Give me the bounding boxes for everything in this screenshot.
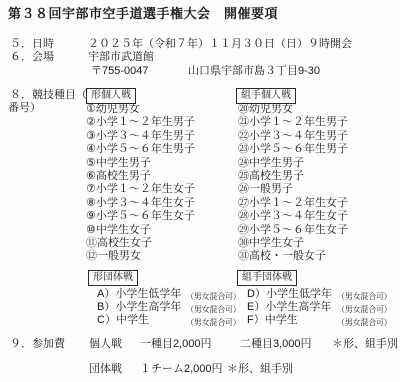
fee-individual-price-second: 二種目3,000円 xyxy=(240,338,312,351)
events-section-label-line2: 番号） xyxy=(8,102,41,115)
list-item: ⑥高校生男子 xyxy=(86,170,195,183)
kumite-team-item-label: D）小学生低学年 xyxy=(247,288,332,301)
kumite-individual-header: 組手個人戦 xyxy=(236,88,296,104)
kata-individual-header: 形個人戦 xyxy=(86,88,136,104)
datetime-label: 日時 xyxy=(32,38,54,50)
fee-individual-note: ＊形、組手別 xyxy=(332,338,398,351)
fee-individual-price-first: 一種目2,000円 xyxy=(140,338,212,351)
list-item: ㉕高校生男子 xyxy=(238,170,348,183)
list-item: ⑤中学生男子 xyxy=(86,157,195,170)
page-title: 第３８回宇部市空手道選手権大会 開催要項 xyxy=(8,7,278,20)
fee-team-price: １チーム2,000円 xyxy=(140,363,223,376)
venue-number: ６． xyxy=(10,51,32,63)
list-item: ㉓小学５～６年生男子 xyxy=(238,143,348,156)
list-item: ④小学５～６年生男子 xyxy=(86,143,195,156)
list-item: ㉗小学１～２年生女子 xyxy=(238,197,348,210)
kumite-team-item-note: （男女混合可） xyxy=(337,303,392,316)
events-number: ８． xyxy=(10,89,32,101)
venue-row-label: ６．会場 xyxy=(10,51,54,64)
kata-team-item-note: （男女混合可） xyxy=(186,290,241,303)
fee-label: 参加費 xyxy=(32,338,65,350)
fee-individual-category: 個人戦 xyxy=(89,338,122,351)
list-item: ⑳幼児男女 xyxy=(238,103,348,116)
kata-team-item-note: （男女混合可） xyxy=(186,316,241,329)
kumite-team-header: 組手団体戦 xyxy=(237,270,297,286)
kumite-team-item-label: F）中学生 xyxy=(247,314,298,327)
list-item: ⑦小学１～２年生女子 xyxy=(86,183,195,196)
kata-team-item-label: A）小学生低学年 xyxy=(97,288,181,301)
list-item: ②小学１～２年生男子 xyxy=(86,116,195,129)
document-page: 第３８回宇部市空手道選手権大会 開催要項 ５．日時 ２０２５年（令和７年）１１月… xyxy=(0,0,400,382)
list-item: ⑧小学３～４年生女子 xyxy=(86,197,195,210)
kata-team-item-note: （男女混合可） xyxy=(186,303,241,316)
list-item: ⑨小学５～６年生女子 xyxy=(86,210,195,223)
kumite-team-item-label: E）小学生高学年 xyxy=(247,301,331,314)
list-item: ①幼児男女 xyxy=(86,103,195,116)
kumite-individual-list: ⑳幼児男女 ㉑小学１～２年生男子 ㉒小学３～４年生男子 ㉓小学５～６年生男子 ㉔… xyxy=(238,103,348,264)
kata-team-item-label: B）小学生高学年 xyxy=(97,301,181,314)
kata-team-header: 形団体戦 xyxy=(88,270,138,286)
fee-team-category: 団体戦 xyxy=(89,363,122,376)
venue-name: 宇部市武道館 xyxy=(88,51,154,64)
list-item: ㉚中学生女子 xyxy=(238,237,348,250)
kumite-team-item-note: （男女混合可） xyxy=(337,316,392,329)
venue-address: 山口県宇部市島３丁目9-30 xyxy=(188,65,320,78)
list-item: ③小学３～４年生男子 xyxy=(86,130,195,143)
list-item: ㉑小学１～２年生男子 xyxy=(238,116,348,129)
list-item: ㉘小学３～４年生女子 xyxy=(238,210,348,223)
list-item: ㉙小学５～６年生女子 xyxy=(238,224,348,237)
venue-postal-code: 〒755-0047 xyxy=(91,65,149,78)
list-item: ㉛高校・一般女子 xyxy=(238,250,348,263)
fee-number: ９． xyxy=(10,338,32,350)
datetime-value: ２０２５年（令和７年）１１月３０日（日）９時開会 xyxy=(88,38,352,51)
list-item: ⑫一般男女 xyxy=(86,250,195,263)
fee-section-label: ９．参加費 xyxy=(10,338,65,351)
list-item: ㉒小学３～４年生男子 xyxy=(238,130,348,143)
list-item: ⑩中学生女子 xyxy=(86,224,195,237)
datetime-row-label: ５．日時 xyxy=(10,38,54,51)
datetime-number: ５． xyxy=(10,38,32,50)
list-item: ⑪高校生女子 xyxy=(86,237,195,250)
kata-team-item-label: C）中学生 xyxy=(97,314,149,327)
list-item: ㉔中学生男子 xyxy=(238,157,348,170)
list-item: ㉖一般男子 xyxy=(238,183,348,196)
fee-team-note: ＊形、組手別 xyxy=(227,363,293,376)
kata-individual-list: ①幼児男女 ②小学１～２年生男子 ③小学３～４年生男子 ④小学５～６年生男子 ⑤… xyxy=(86,103,195,264)
kumite-team-item-note: （男女混合可） xyxy=(337,290,392,303)
venue-label: 会場 xyxy=(32,51,54,63)
